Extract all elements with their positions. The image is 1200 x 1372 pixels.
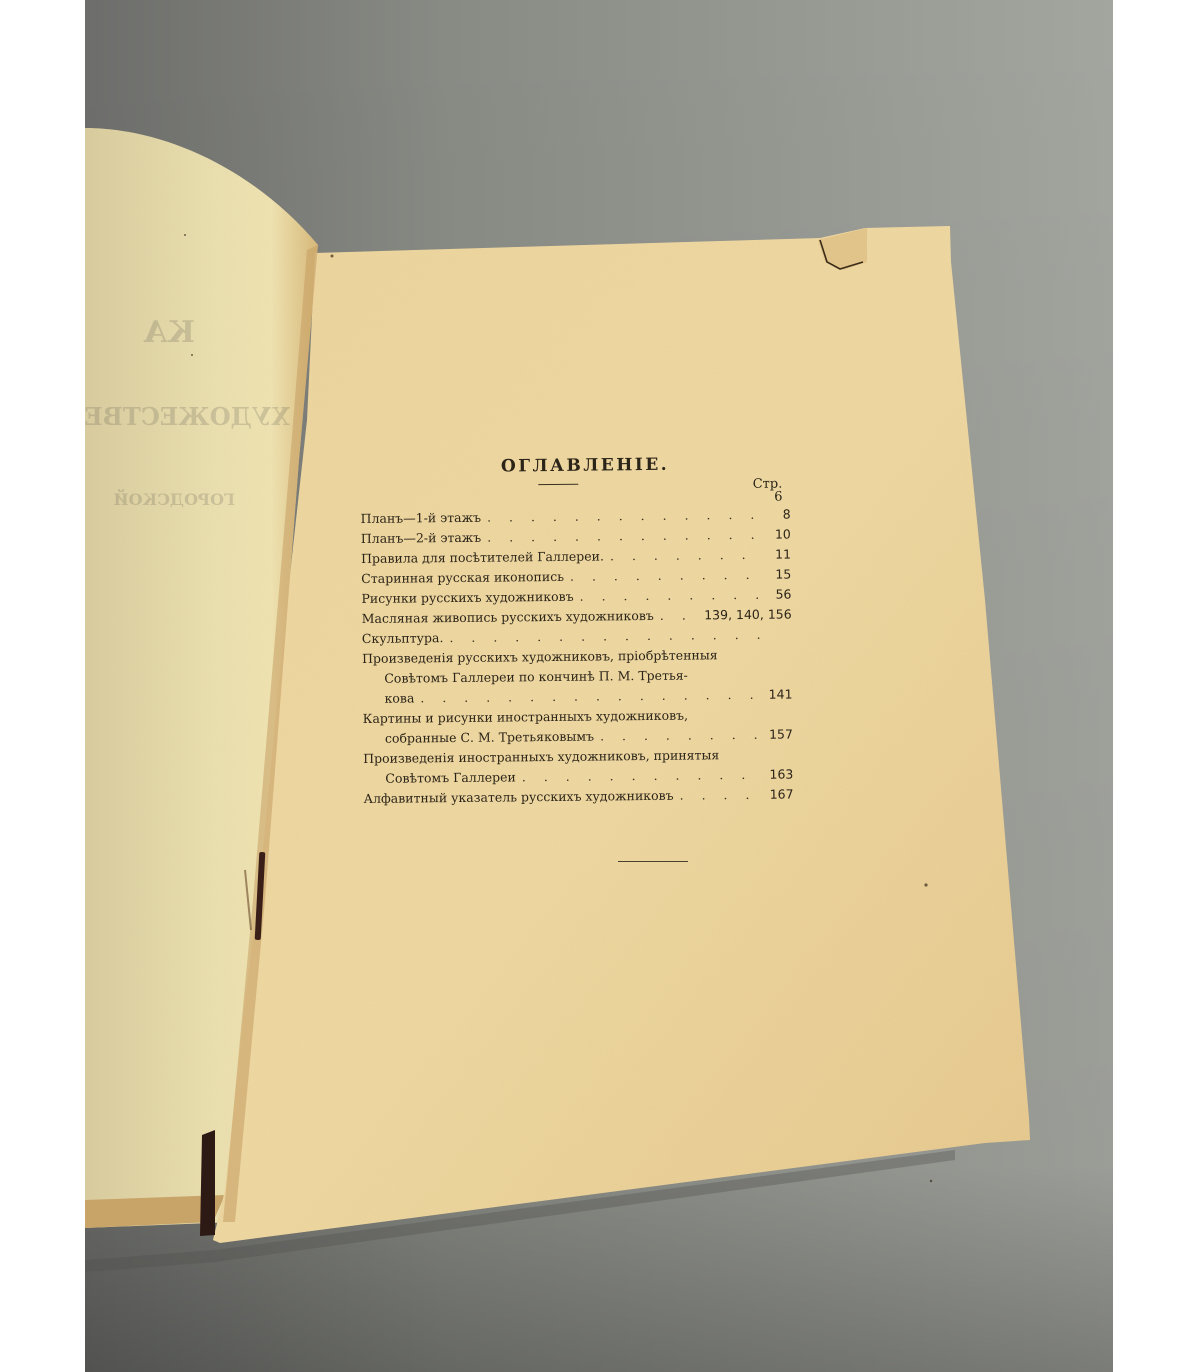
leader-dots xyxy=(610,545,761,567)
toc-entry-page: 10 xyxy=(767,524,791,544)
end-rule xyxy=(618,861,688,862)
toc-entry-label-line: Совѣтомъ Галлереи xyxy=(385,767,516,788)
toc-entry-page: 11 xyxy=(767,544,791,564)
toc-entry-page: 141 xyxy=(768,684,792,704)
leader-dots xyxy=(600,725,763,747)
toc-entry-page: 167 xyxy=(769,784,793,804)
toc-entry-label: Алфавитный указатель русскихъ художников… xyxy=(363,786,673,809)
toc-entry-label: Правила для посѣтителей Галлереи. xyxy=(361,546,604,569)
page-title: ОГЛАВЛЕНІЕ. xyxy=(380,453,790,477)
svg-text:КА: КА xyxy=(143,315,195,350)
leader-dots xyxy=(449,625,762,648)
toc-entry-page: 157 xyxy=(769,724,793,744)
toc-entry-page: 139, 140, 156 xyxy=(704,604,792,625)
leader-dots xyxy=(522,765,764,788)
toc-entry-page: 15 xyxy=(767,564,791,584)
svg-text:ГОРОДСКОЙ: ГОРОДСКОЙ xyxy=(113,488,235,509)
toc-entry-label: Скульптура. xyxy=(362,628,444,649)
toc-entry-label-line: собранные С. М. Третьяковымъ xyxy=(385,727,594,749)
toc-entry-label: Планъ—1-й этажъ xyxy=(361,508,482,529)
toc-entry-label: Старинная русская иконопись xyxy=(361,567,564,589)
toc-entry-page: 163 xyxy=(769,764,793,784)
toc-entry-page: 8 xyxy=(767,504,791,524)
toc-entry-page: 56 xyxy=(767,584,791,604)
toc-entry-label: Рисунки русскихъ художниковъ xyxy=(361,587,573,609)
leader-dots xyxy=(580,585,762,607)
spine-damage-lower xyxy=(200,1130,215,1236)
toc-entry-label-line: кова xyxy=(384,688,414,708)
leader-dots xyxy=(420,685,762,709)
leader-dots xyxy=(570,565,761,587)
leader-dots xyxy=(679,785,763,806)
leader-dots xyxy=(660,605,699,625)
table-of-contents: ОГЛАВЛЕНІЕ. Стр. 6 Планъ—1-й этажъ 8 Пла… xyxy=(360,453,794,808)
svg-text:ХУДОЖЕСТВЕН: ХУДОЖЕСТВЕН xyxy=(85,402,290,431)
toc-entry-label: Планъ—2-й этажъ xyxy=(361,528,482,549)
